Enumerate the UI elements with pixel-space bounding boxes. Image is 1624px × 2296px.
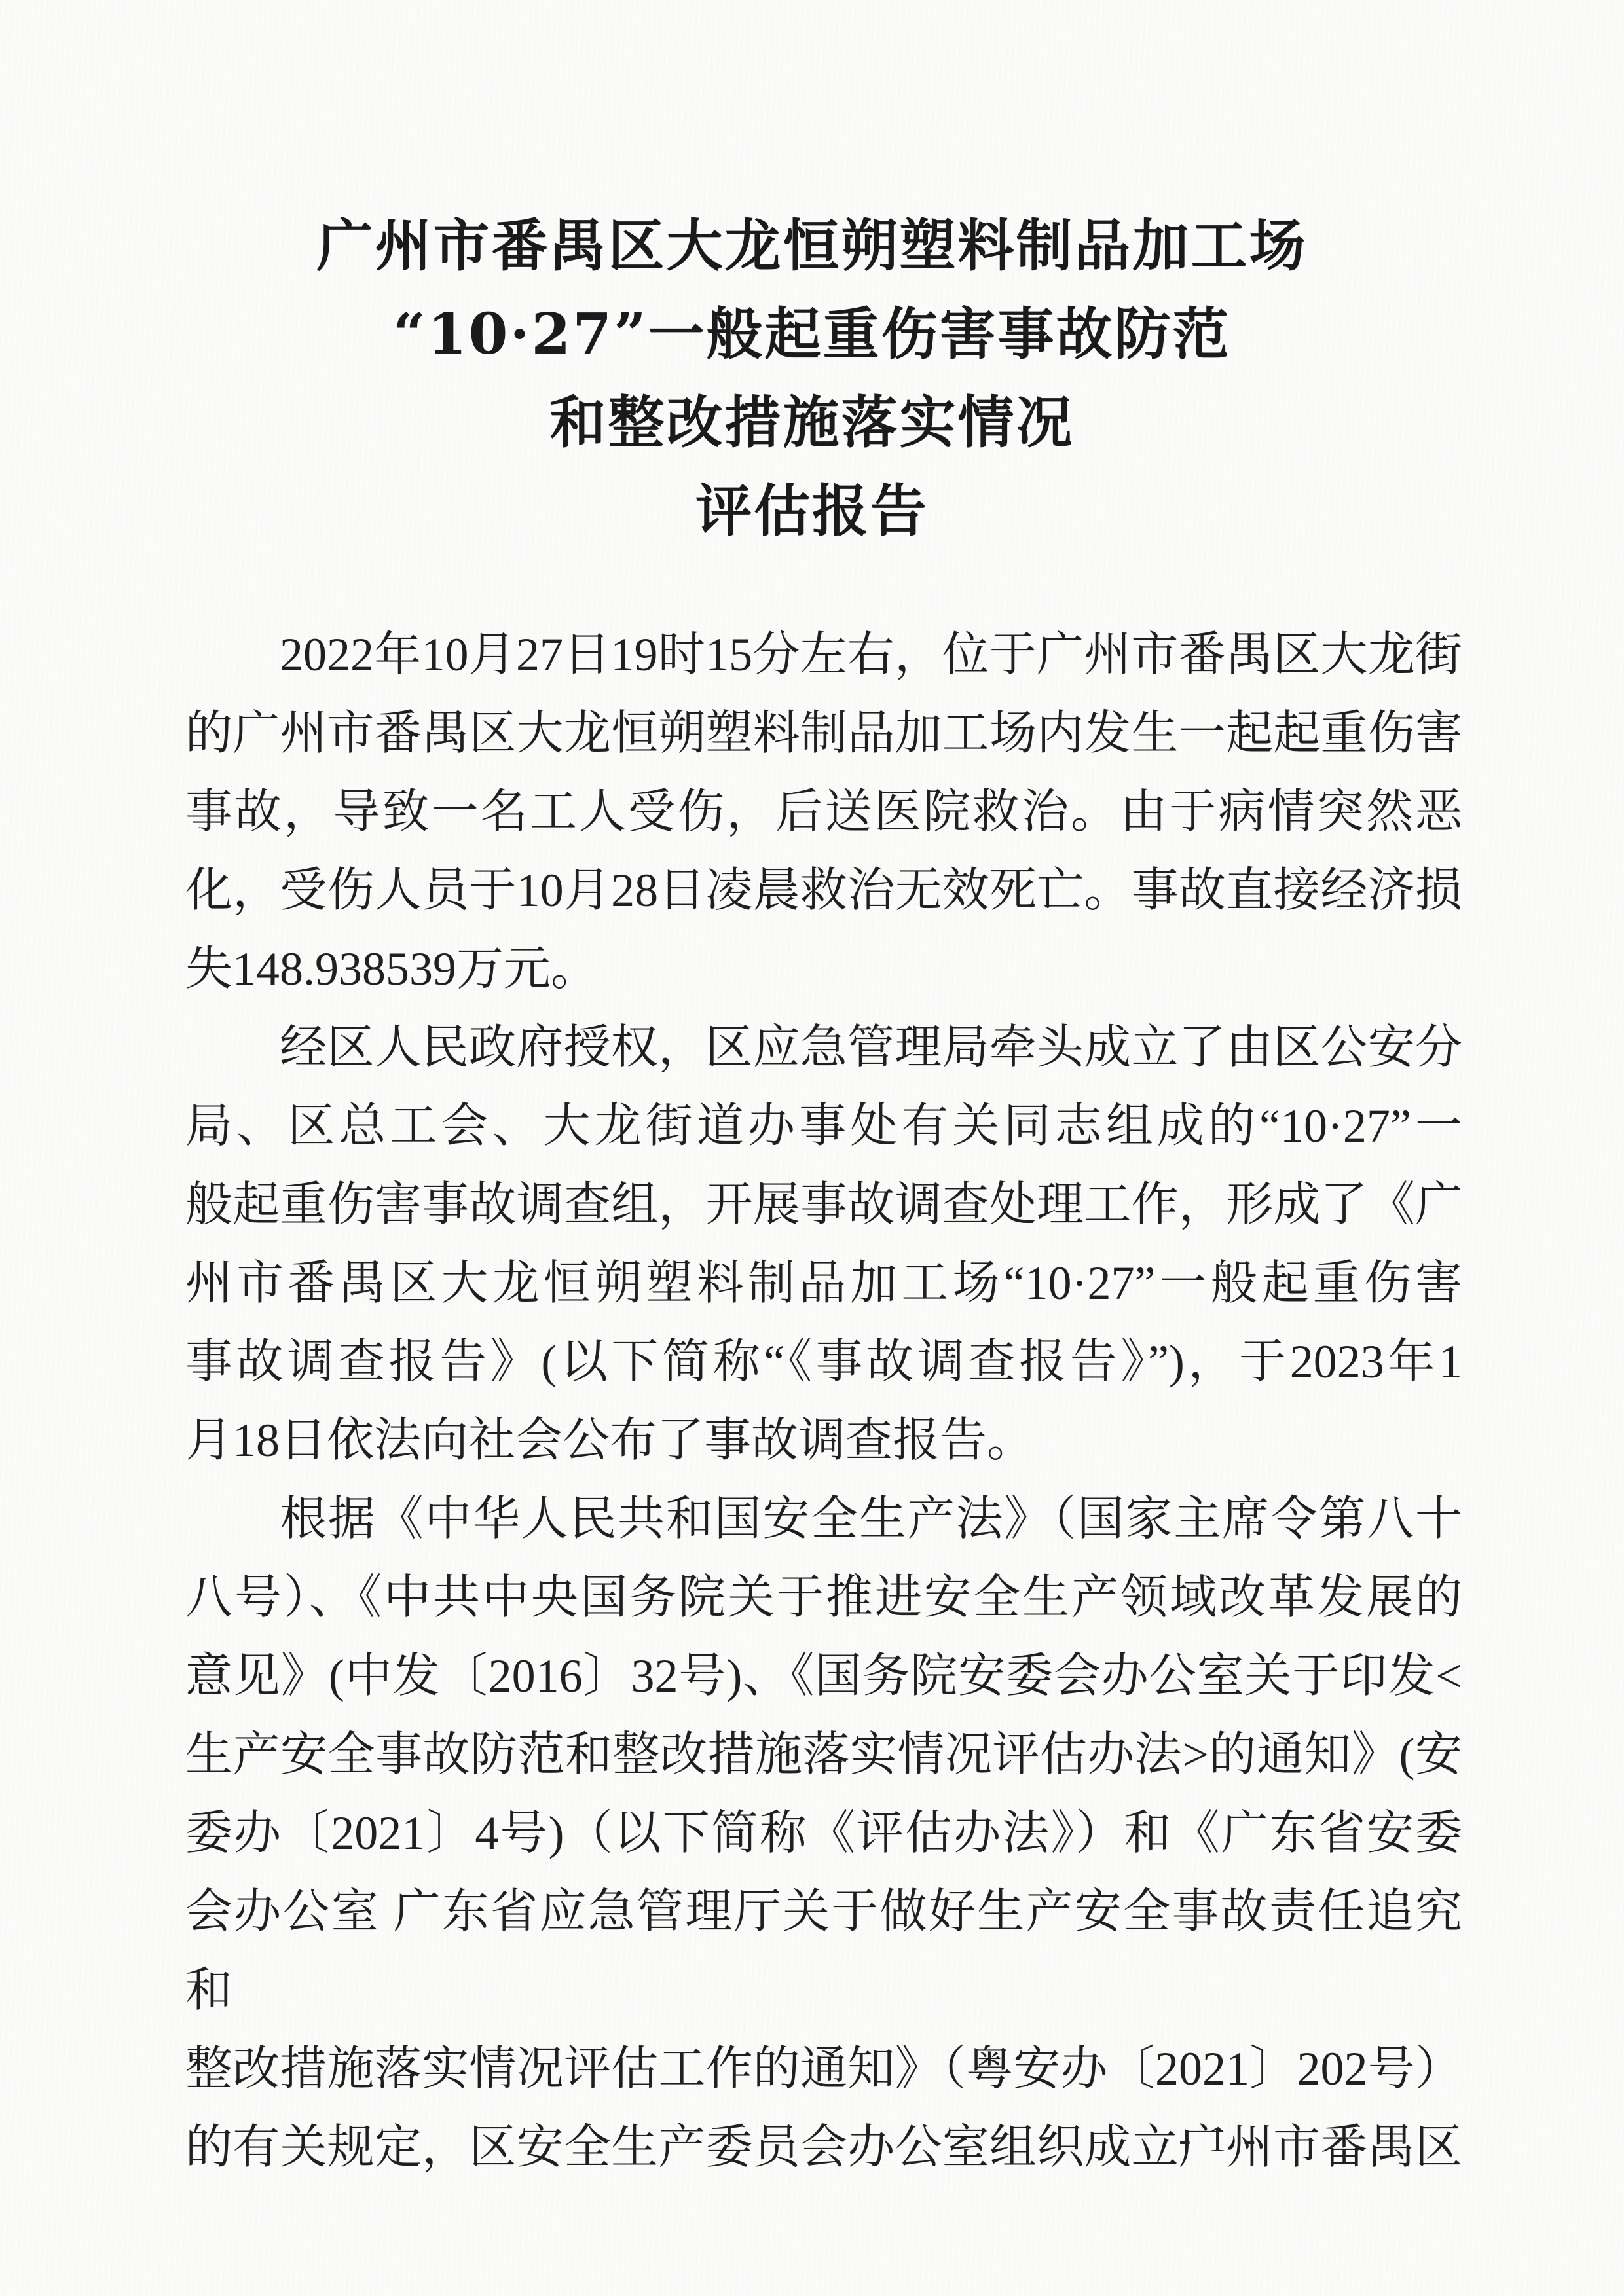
body-line: 2022年10月27日19时15分左右，位于广州市番禺区大龙街 bbox=[185, 615, 1462, 694]
body-line: 整改措施落实情况评估工作的通知》（粤安办〔2021〕202号） bbox=[185, 2030, 1462, 2108]
body-line: 委办〔2021〕4号)（以下简称《评估办法》）和《广东省安委 bbox=[185, 1794, 1462, 1872]
title-line-4: 评估报告 bbox=[0, 467, 1624, 555]
document-title: 广州市番禺区大龙恒朔塑料制品加工场 “10·27”一般起重伤害事故防范 和整改措… bbox=[0, 0, 1624, 555]
title-line-1: 广州市番禺区大龙恒朔塑料制品加工场 bbox=[0, 202, 1624, 290]
body-line: 般起重伤害事故调查组，开展事故调查处理工作，形成了《广 bbox=[185, 1165, 1462, 1244]
body-line: 局、区总工会、大龙街道办事处有关同志组成的“10·27”一 bbox=[185, 1087, 1462, 1165]
body-line: 月18日依法向社会公布了事故调查报告。 bbox=[185, 1401, 1462, 1480]
paragraph: 经区人民政府授权，区应急管理局牵头成立了由区公安分局、区总工会、大龙街道办事处有… bbox=[185, 1008, 1462, 1480]
body-line: 事故调查报告》(以下简称“《事故调查报告》”)，于2023年1 bbox=[185, 1322, 1462, 1401]
body-line: 失148.938539万元。 bbox=[185, 930, 1462, 1008]
document-page: 广州市番禺区大龙恒朔塑料制品加工场 “10·27”一般起重伤害事故防范 和整改措… bbox=[0, 0, 1624, 2296]
body-line: 会办公室 广东省应急管理厅关于做好生产安全事故责任追究和 bbox=[185, 1872, 1462, 2030]
body-line: 事故，导致一名工人受伤，后送医院救治。由于病情突然恶 bbox=[185, 773, 1462, 851]
body-line: 意见》(中发〔2016〕32号)、《国务院安委会办公室关于印发< bbox=[185, 1637, 1462, 1715]
body-line: 根据《中华人民共和国安全生产法》（国家主席令第八十 bbox=[185, 1480, 1462, 1558]
body-line: 的广州市番禺区大龙恒朔塑料制品加工场内发生一起起重伤害 bbox=[185, 694, 1462, 773]
body-line: 的有关规定，区安全生产委员会办公室组织成立广州市番禺区 bbox=[185, 2108, 1462, 2187]
body-line: 经区人民政府授权，区应急管理局牵头成立了由区公安分 bbox=[185, 1008, 1462, 1087]
title-line-3: 和整改措施落实情况 bbox=[0, 378, 1624, 467]
page-number: - 1 - bbox=[1179, 2119, 1259, 2160]
body-line: 八号）、《中共中央国务院关于推进安全生产领域改革发展的 bbox=[185, 1558, 1462, 1637]
body-line: 化，受伤人员于10月28日凌晨救治无效死亡。事故直接经济损 bbox=[185, 851, 1462, 930]
paragraph: 2022年10月27日19时15分左右，位于广州市番禺区大龙街的广州市番禺区大龙… bbox=[185, 615, 1462, 1008]
title-line-2: “10·27”一般起重伤害事故防范 bbox=[0, 290, 1624, 378]
body-line: 州市番禺区大龙恒朔塑料制品加工场“10·27”一般起重伤害 bbox=[185, 1244, 1462, 1322]
body-line: 生产安全事故防范和整改措施落实情况评估办法>的通知》(安 bbox=[185, 1715, 1462, 1794]
paragraph: 根据《中华人民共和国安全生产法》（国家主席令第八十八号）、《中共中央国务院关于推… bbox=[185, 1480, 1462, 2187]
document-body: 2022年10月27日19时15分左右，位于广州市番禺区大龙街的广州市番禺区大龙… bbox=[185, 615, 1462, 2187]
